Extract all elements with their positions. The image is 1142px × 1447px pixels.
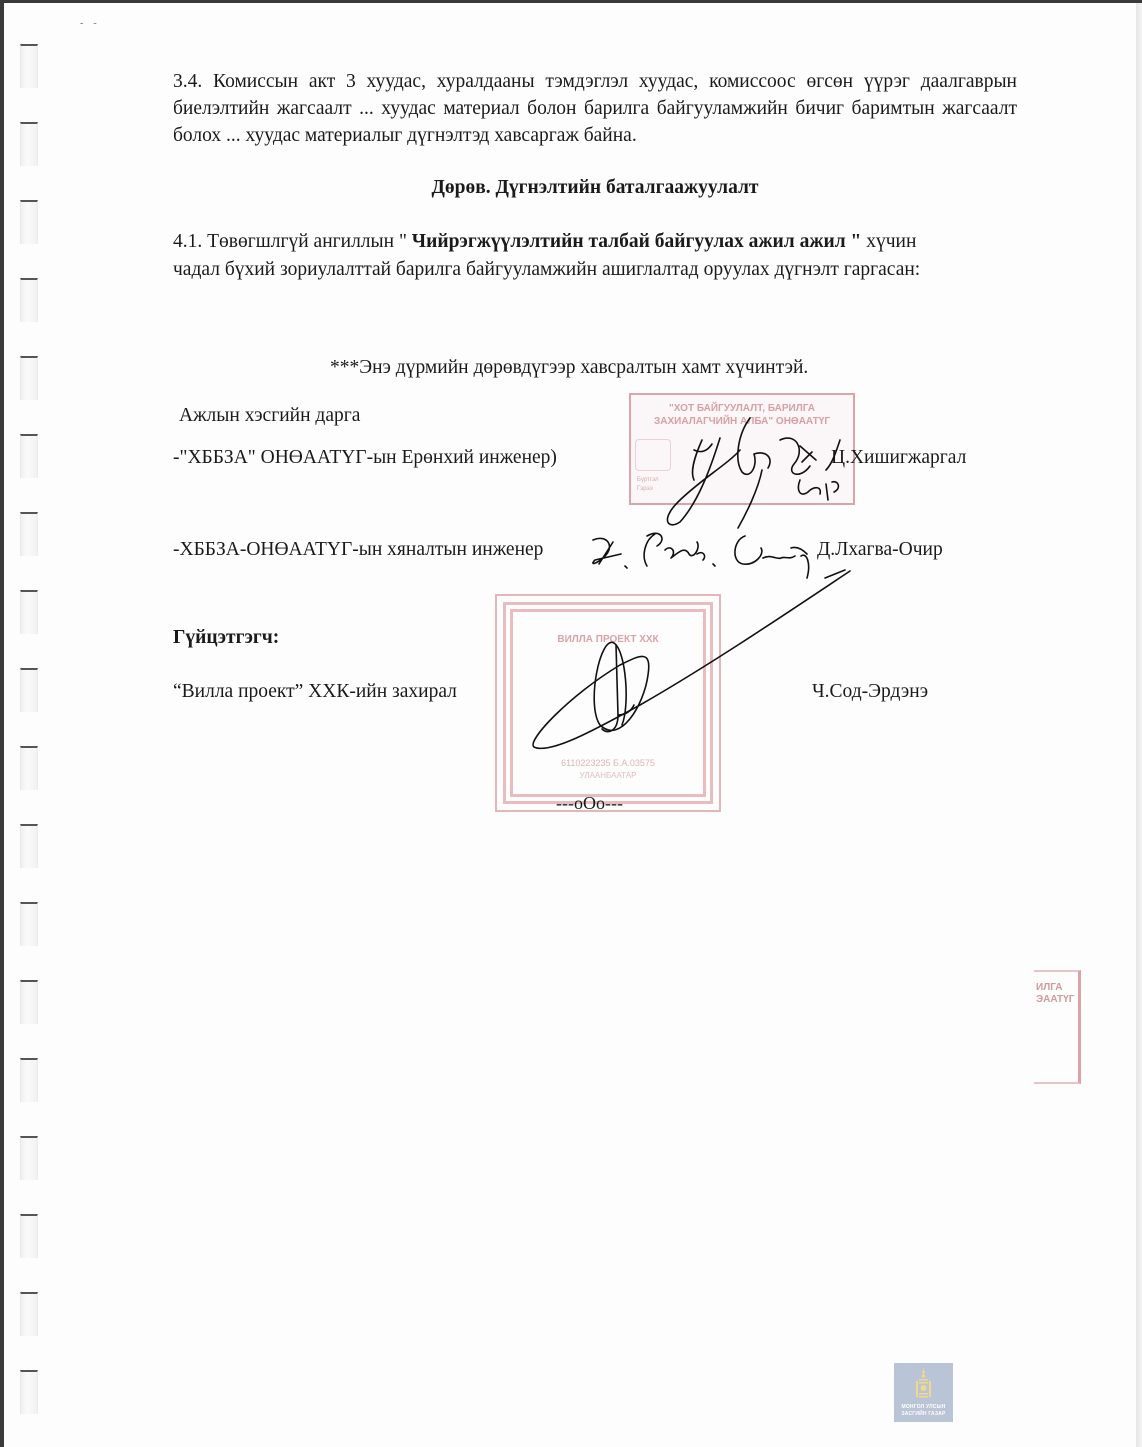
signature-director — [530, 565, 860, 755]
binding-hole-mark — [20, 902, 38, 946]
signature-chief-engineer — [650, 410, 850, 530]
binding-hole-mark — [20, 200, 38, 244]
binding-hole-mark — [20, 278, 38, 322]
supervision-engineer-name: Д.Лхагва-Очир — [817, 536, 943, 563]
end-mark: ---oOo--- — [556, 790, 623, 817]
work-group-head-label: Ажлын хэсгийн дарга — [179, 402, 360, 429]
binding-hole-mark — [20, 434, 38, 478]
paragraph-4-1-suffix: хүчин — [861, 231, 916, 252]
government-logo: МОНГОЛ УЛСЫН ЗАСГИЙН ГАЗАР — [894, 1363, 953, 1422]
paragraph-4-1-prefix: 4.1. Төвөгшлгүй ангиллын " — [173, 231, 407, 252]
section-heading: Дөрөв. Дүгнэлтийн баталгаажуулалт — [173, 177, 1017, 199]
scan-artifact: ‐ ‐ — [80, 18, 97, 29]
page-edge-shadow — [1136, 3, 1142, 1447]
binding-hole-mark — [20, 668, 38, 712]
binding-hole-mark — [20, 980, 38, 1024]
binding-hole-mark — [20, 122, 38, 166]
binding-hole-mark — [20, 356, 38, 400]
validity-note: ***Энэ дүрмийн дөрөвдүгээр хавсралтын ха… — [330, 354, 808, 381]
director-role: “Вилла проект” ХХК-ийн захирал — [173, 678, 457, 705]
binding-hole-mark — [20, 590, 38, 634]
binding-hole-mark — [20, 1214, 38, 1258]
stamp-fragment: ИЛГА ЭААТҮГ — [1034, 970, 1081, 1084]
chief-engineer-role: -"ХББЗА" ОНӨААТҮГ-ын Ерөнхий инженер) — [173, 444, 557, 471]
paragraph-4-1-line2: чадал бүхий зориулалттай барилга байгуул… — [173, 256, 920, 283]
binding-hole-mark — [20, 746, 38, 790]
soyombo-emblem-icon — [916, 1369, 931, 1399]
chief-engineer-name: Ц.Хишигжаргал — [831, 444, 966, 471]
project-title: Чийрэгжүүлэлтийн талбай байгуулах ажил а… — [407, 231, 861, 252]
binding-hole-mark — [20, 1058, 38, 1102]
binding-hole-mark — [20, 1292, 38, 1336]
binding-hole-mark — [20, 824, 38, 868]
contractor-label: Гүйцэтгэгч: — [173, 624, 279, 651]
supervision-engineer-role: -ХББЗА-ОНӨААТҮГ-ын хяналтын инженер — [173, 536, 543, 563]
binding-hole-mark — [20, 44, 38, 88]
binding-hole-mark — [20, 512, 38, 556]
binding-hole-mark — [20, 1136, 38, 1180]
binding-hole-mark — [20, 1370, 38, 1414]
paragraph-4-1-line1: 4.1. Төвөгшлгүй ангиллын " Чийрэгжүүлэлт… — [173, 228, 1017, 255]
paragraph-3-4: 3.4. Комиссын акт 3 хуудас, хуралдааны т… — [173, 68, 1017, 149]
